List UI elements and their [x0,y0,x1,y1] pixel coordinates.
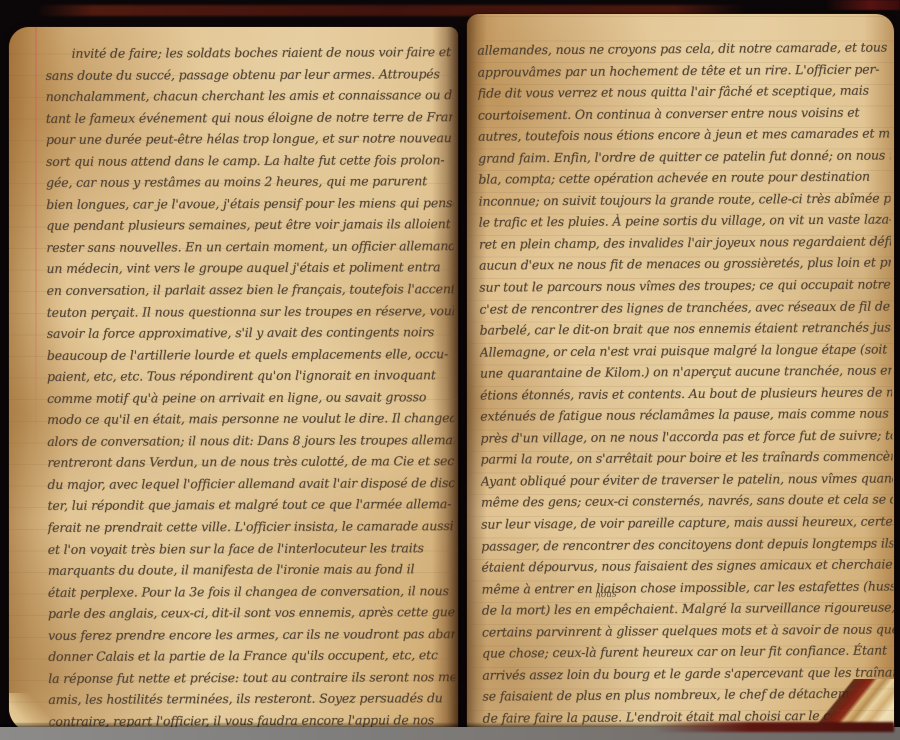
handwriting-line: sur leur visage, de voir pareille captur… [481,510,893,535]
handwriting-line: nonchalamment, chacun cherchant les amis… [46,84,453,107]
handwriting-line: modo ce qu'il en était, mais personne ne… [47,407,454,430]
handwriting-line: le trafic et les pluies. À peine sortis … [479,209,891,234]
handwriting-line: que chose; ceux-là furent heureux car on… [482,640,894,665]
handwriting-line: et l'on voyait très bien sur la face de … [48,537,455,560]
handwriting-line: gée, car nous y restâmes au moins 2 heur… [46,170,453,193]
handwriting-line: comme motif qu'à peine on arrivait en li… [47,386,454,409]
handwriting-line: invité de faire; les soldats boches riai… [45,41,452,64]
handwriting-line: bla, compta; cette opération achevée en … [478,166,890,191]
handwriting-line: barbelé, car le dit-on brait que nos enn… [479,316,891,341]
handwriting-line: sort qui nous attend dans le camp. La ha… [46,149,453,172]
handwriting-line: amis, les hostilités terminées, ils rest… [48,688,455,711]
handwriting-line: parle des anglais, ceux-ci, dit-il sont … [48,601,455,624]
handwriting-line: vous ferez prendre encore les armes, car… [48,623,455,646]
right-page-text: allemandes, nous ne croyons pas cela, di… [477,36,894,729]
left-page-text: invité de faire; les soldats boches riai… [45,41,455,732]
handwriting-line: étaient dépourvus, nous faisaient des si… [481,554,893,579]
handwriting-line: une quarantaine de Kilom.) on n'aperçut … [480,360,892,385]
scanned-diary-photo: { "document": { "kind": "handwritten dia… [0,0,900,740]
handwriting-line: ter, lui répondit que jamais et malgré t… [47,494,454,517]
handwriting-line: teuton perçait. Il nous questionna sur l… [47,300,454,323]
left-page: invité de faire; les soldats boches riai… [9,27,458,732]
handwriting-line: ferait ne prendrait cette ville. L'offic… [48,515,455,538]
handwriting-line: autres, toutefois nous étions encore à j… [478,123,890,148]
handwriting-line: la réponse fut nette et précise: tout au… [48,666,455,689]
handwriting-line: que pendant plusieurs semaines, peut êtr… [46,213,453,236]
handwriting-line: exténués de fatigue nous réclamâmes la p… [480,403,892,428]
handwriting-line: du major, avec lequel l'officier alleman… [47,472,454,495]
handwriting-line: rentreront dans Verdun, un de nous très … [47,451,454,474]
handwriting-line: sans doute du succé, passage obtenu par … [46,63,453,86]
handwriting-line: donner Calais et la partie de la France … [48,644,455,667]
cover-edge-top-right [825,0,900,10]
handwriting-line: rester sans nouvelles. En un certain mom… [46,235,453,258]
handwriting-line: marquants du doute, il manifesta de l'ir… [48,558,455,581]
right-page: allemandes, nous ne croyons pas cela, di… [467,14,894,730]
handwriting-line: fide dit vous verrez et nous quitta l'ai… [478,79,890,104]
handwriting-line: pour une durée peut-être hélas trop long… [46,127,453,150]
handwriting-line: bien longues, car je l'avoue, j'étais pe… [46,192,453,215]
handwriting-line: beaucoup de l'artillerie lourde et quels… [47,343,454,366]
handwriting-line: sur tout le parcours nous vîmes des trou… [479,273,891,298]
handwriting-line: paient, etc, etc. Tous répondirent qu'on… [47,364,454,387]
handwriting-line: tant le fameux événement qui nous éloign… [46,106,453,129]
cover-edge-bottom-right [654,722,894,732]
handwriting-line: de la mort) les en empêchaient. Malgré l… [482,597,894,622]
margin-line [35,27,37,464]
handwriting-line: alors de conversation; il nous dit: Dans… [47,429,454,452]
handwriting-line: allemandes, nous ne croyons pas cela, di… [477,36,889,61]
handwriting-line: était perplexe. Pour la 3e fois il chang… [48,580,455,603]
handwriting-line: un médecin, vint vers le groupe auquel j… [46,257,453,280]
handwriting-line: parmi la route, on s'arrêtait pour boire… [481,446,893,471]
handwriting-line: en conversation, il parlait assez bien l… [47,278,454,301]
interline-insertion: nous [595,590,617,601]
handwriting-line: savoir la force approximative, s'il y av… [47,321,454,344]
